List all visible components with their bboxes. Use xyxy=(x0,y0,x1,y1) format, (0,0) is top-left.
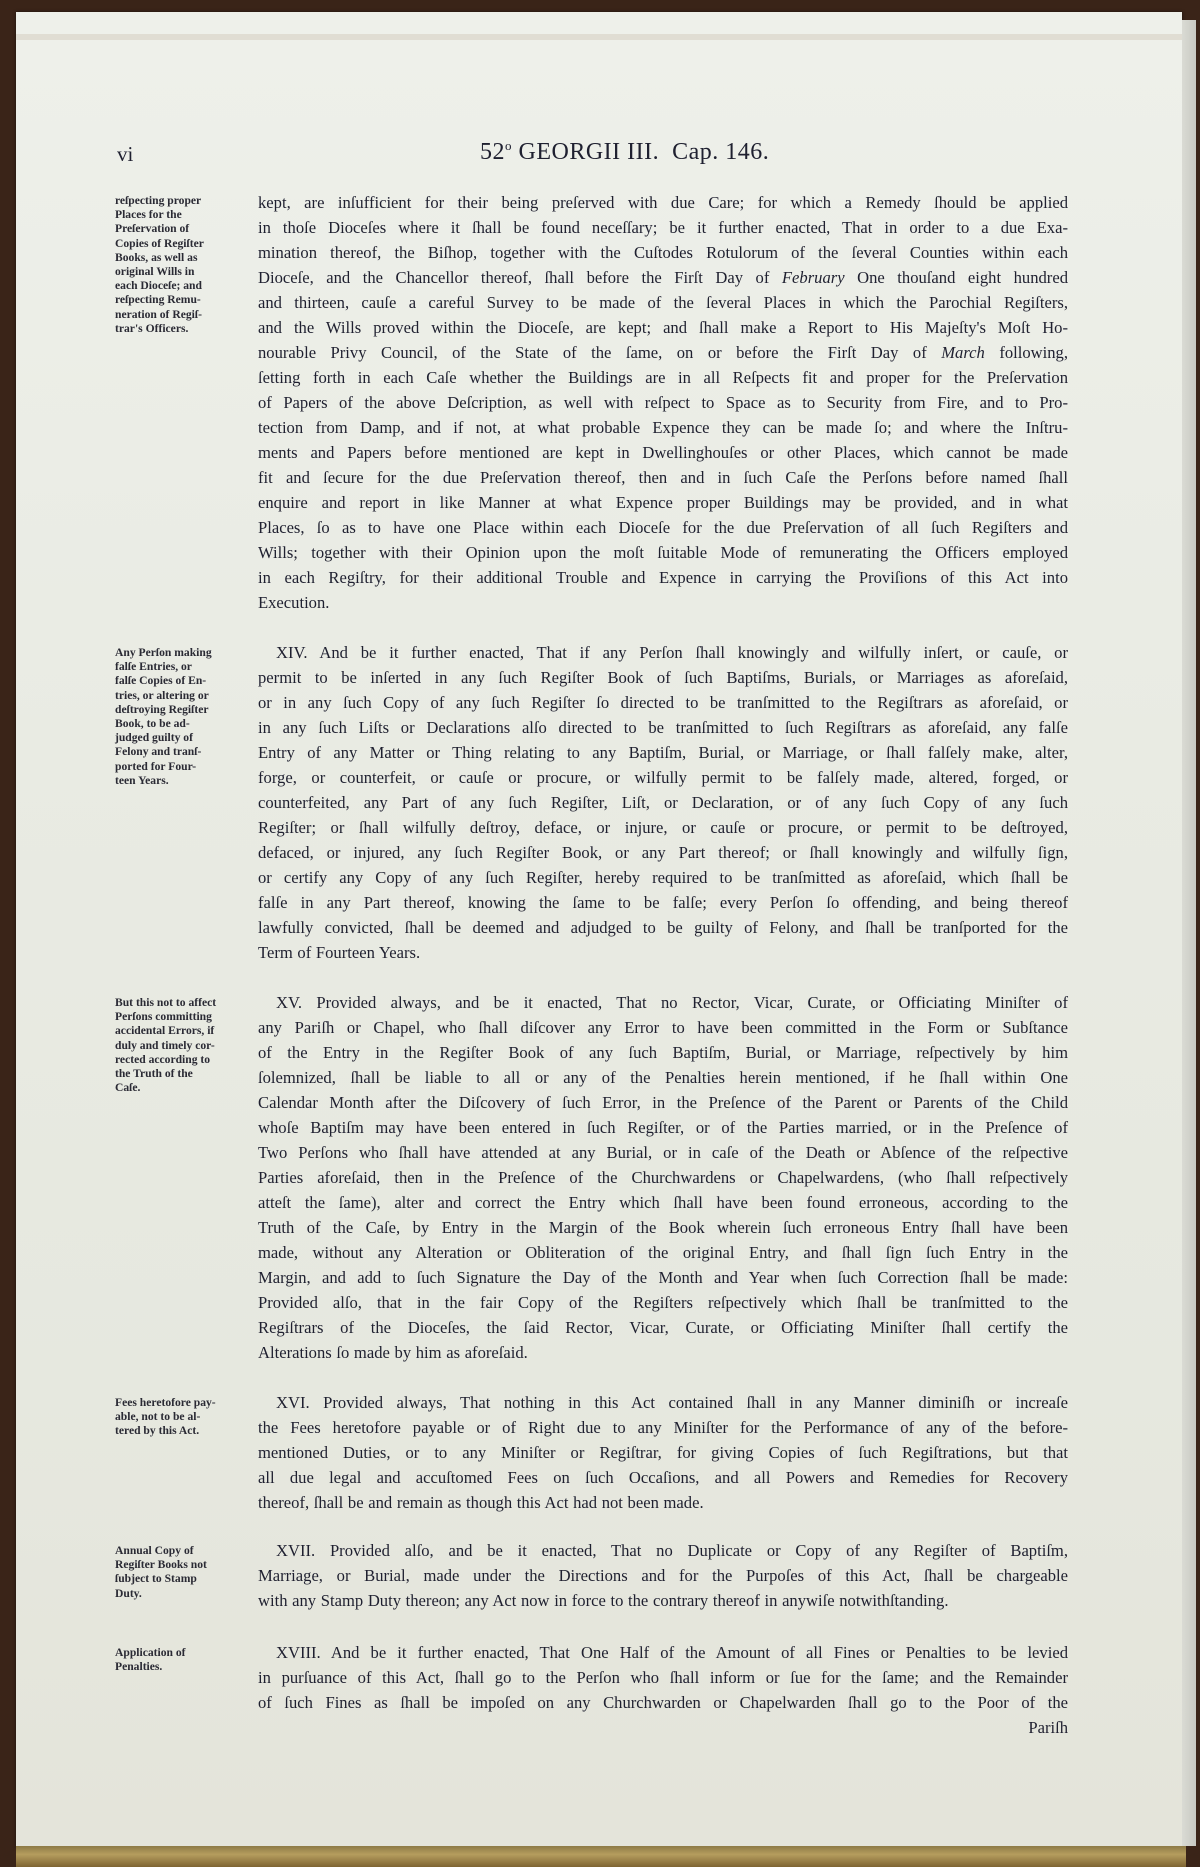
margin-note-line: each Dioceſe; and xyxy=(115,279,245,293)
act-title: GEORGII III. xyxy=(519,139,660,165)
text-line: Regiſter; or ſhall wilfully deſtroy, def… xyxy=(258,815,1068,840)
text-line: Two Perſons who ſhall have attended at a… xyxy=(258,1140,1068,1165)
text-line: enquire and report in like Manner at wha… xyxy=(258,490,1068,515)
text-line: Places, ſo as to have one Place within e… xyxy=(258,515,1068,540)
section-text: XVII. Provided alſo, and be it enacted, … xyxy=(258,1538,1068,1613)
margin-note-line: falſe Copies of En- xyxy=(115,674,245,688)
margin-note-line: Preſervation of xyxy=(115,222,245,236)
margin-note-line: the Truth of the xyxy=(115,1067,245,1081)
text-line: ſetting forth in each Caſe whether the B… xyxy=(258,365,1068,390)
text-line: Regiſtrars of the Dioceſes, the ſaid Rec… xyxy=(258,1315,1068,1340)
running-title: 52o GEORGII III. Cap. 146. xyxy=(480,138,769,166)
text-line: all due legal and accuſtomed Fees on ſuc… xyxy=(258,1465,1068,1490)
margin-note-line: Any Perſon making xyxy=(115,646,245,660)
text-line: Dioceſe, and the Chancellor thereof, ſha… xyxy=(258,265,1068,290)
sheet-edge-right xyxy=(1182,20,1196,1846)
text-line: in any ſuch Liſts or Declarations alſo d… xyxy=(258,715,1068,740)
margin-note: Any Perſon makingfalſe Entries, orfalſe … xyxy=(115,646,245,788)
margin-note-line: trar's Officers. xyxy=(115,322,245,336)
text-line: XIV. And be it further enacted, That if … xyxy=(258,640,1068,665)
text-line: mentioned Duties, or to any Miniſter or … xyxy=(258,1440,1068,1465)
margin-note-line: tered by this Act. xyxy=(115,1424,245,1438)
text-line: in purſuance of this Act, ſhall go to th… xyxy=(258,1665,1068,1690)
regnal-year: 52 xyxy=(480,139,505,165)
text-line: XV. Provided always, and be it enacted, … xyxy=(258,990,1068,1015)
text-line: XVIII. And be it further enacted, That O… xyxy=(258,1640,1068,1665)
text-line: of the Entry in the Regiſter Book of any… xyxy=(258,1040,1068,1065)
text-line: of Papers of the above Deſcription, as w… xyxy=(258,390,1068,415)
text-line: falſe in any Part thereof, knowing the ſ… xyxy=(258,890,1068,915)
margin-note: Annual Copy ofRegiſter Books notſubject … xyxy=(115,1544,245,1601)
running-header: vi 52o GEORGII III. Cap. 146. xyxy=(0,138,1200,172)
margin-note-line: reſpecting proper xyxy=(115,194,245,208)
text-line: Calendar Month after the Diſcovery of ſu… xyxy=(258,1090,1068,1115)
section-text: XV. Provided always, and be it enacted, … xyxy=(258,990,1068,1365)
text-line: permit to be inſerted in any ſuch Regiſt… xyxy=(258,665,1068,690)
text-line: Term of Fourteen Years. xyxy=(258,940,1068,965)
text-line: tection from Damp, and if not, at what p… xyxy=(258,415,1068,440)
text-line: lawfully convicted, ſhall be deemed and … xyxy=(258,915,1068,940)
margin-note: Fees heretofore pay-able, not to be al-t… xyxy=(115,1396,245,1439)
margin-note-line: Caſe. xyxy=(115,1081,245,1095)
margin-note-line: Application of xyxy=(115,1646,245,1660)
text-line: whoſe Baptiſm may have been entered in ſ… xyxy=(258,1115,1068,1140)
regnal-suffix: o xyxy=(505,138,512,153)
section-text: XVI. Provided always, That nothing in th… xyxy=(258,1390,1068,1515)
text-line: defaced, or injured, any ſuch Regiſter B… xyxy=(258,840,1068,865)
margin-note-line: Books, as well as xyxy=(115,251,245,265)
section-text: XIV. And be it further enacted, That if … xyxy=(258,640,1068,965)
text-line: ſolemnized, ſhall be liable to all or an… xyxy=(258,1065,1068,1090)
text-line: Alterations ſo made by him as aforeſaid. xyxy=(258,1340,1068,1365)
text-line: made, without any Alteration or Oblitera… xyxy=(258,1240,1068,1265)
text-line: and the Wills proved within the Dioceſe,… xyxy=(258,315,1068,340)
text-line: with any Stamp Duty thereon; any Act now… xyxy=(258,1588,1068,1613)
text-line: and thirteen, cauſe a careful Survey to … xyxy=(258,290,1068,315)
page-number: vi xyxy=(117,142,133,167)
text-line: mination thereof, the Biſhop, together w… xyxy=(258,240,1068,265)
text-line: Execution. xyxy=(258,590,1068,615)
text-line: XVII. Provided alſo, and be it enacted, … xyxy=(258,1538,1068,1563)
text-line: Entry of any Matter or Thing relating to… xyxy=(258,740,1068,765)
text-line: Truth of the Caſe, by Entry in the Margi… xyxy=(258,1215,1068,1240)
text-line: Wills; together with their Opinion upon … xyxy=(258,540,1068,565)
text-line: the Fees heretofore payable or of Right … xyxy=(258,1415,1068,1440)
text-line: in thoſe Dioceſes where it ſhall be foun… xyxy=(258,215,1068,240)
text-line: forge, or counterfeit, or cauſe or procu… xyxy=(258,765,1068,790)
text-line: Parties aforeſaid, then in the Preſence … xyxy=(258,1165,1068,1190)
text-line: thereof, ſhall be and remain as though t… xyxy=(258,1490,1068,1515)
margin-note-line: rected according to xyxy=(115,1053,245,1067)
margin-note-line: reſpecting Remu- xyxy=(115,293,245,307)
margin-note-line: able, not to be al- xyxy=(115,1410,245,1424)
margin-note-line: Penalties. xyxy=(115,1660,245,1674)
margin-note: reſpecting properPlaces for thePreſervat… xyxy=(115,194,245,336)
margin-note: But this not to affectPerſons committing… xyxy=(115,996,245,1095)
margin-note-line: Duty. xyxy=(115,1587,245,1601)
text-line: Marriage, or Burial, made under the Dire… xyxy=(258,1563,1068,1588)
margin-note-line: duly and timely cor- xyxy=(115,1039,245,1053)
margin-note-line: tries, or altering or xyxy=(115,689,245,703)
text-line: Margin, and add to ſuch Signature the Da… xyxy=(258,1265,1068,1290)
margin-note: Application ofPenalties. xyxy=(115,1646,245,1674)
section-text: kept, are inſufficient for their being p… xyxy=(258,190,1068,615)
text-line: fit and ſecure for the due Preſervation … xyxy=(258,465,1068,490)
margin-note-line: falſe Entries, or xyxy=(115,660,245,674)
margin-note-line: But this not to affect xyxy=(115,996,245,1010)
margin-note-line: Book, to be ad- xyxy=(115,717,245,731)
margin-note-line: Copies of Regiſter xyxy=(115,237,245,251)
margin-note-line: ported for Four- xyxy=(115,760,245,774)
margin-note-line: ſubject to Stamp xyxy=(115,1572,245,1586)
margin-note-line: teen Years. xyxy=(115,774,245,788)
text-line: counterfeited, any Part of any ſuch Regi… xyxy=(258,790,1068,815)
text-line: Provided alſo, that in the fair Copy of … xyxy=(258,1290,1068,1315)
text-line: of ſuch Fines as ſhall be impoſed on any… xyxy=(258,1690,1068,1715)
margin-note-line: Felony and tranſ- xyxy=(115,745,245,759)
text-line: or certify any Copy of any ſuch Regiſter… xyxy=(258,865,1068,890)
chapter-number: Cap. 146. xyxy=(672,139,769,165)
text-line: nourable Privy Council, of the State of … xyxy=(258,340,1068,365)
text-line: ments and Papers before mentioned are ke… xyxy=(258,440,1068,465)
margin-note-line: original Wills in xyxy=(115,265,245,279)
text-line: any Pariſh or Chapel, who ſhall diſcover… xyxy=(258,1015,1068,1040)
text-line: atteſt the ſame), alter and correct the … xyxy=(258,1190,1068,1215)
section-text: XVIII. And be it further enacted, That O… xyxy=(258,1640,1068,1740)
margin-note-line: judged guilty of xyxy=(115,731,245,745)
margin-note-line: Annual Copy of xyxy=(115,1544,245,1558)
text-line: kept, are inſufficient for their being p… xyxy=(258,190,1068,215)
text-line: or in any ſuch Copy of any ſuch Regiſter… xyxy=(258,690,1068,715)
margin-note-line: Fees heretofore pay- xyxy=(115,1396,245,1410)
sheet-edge-bottom xyxy=(16,1846,1186,1867)
margin-note-line: accidental Errors, if xyxy=(115,1024,245,1038)
text-line: in each Regiſtry, for their additional T… xyxy=(258,565,1068,590)
margin-note-line: neration of Regiſ- xyxy=(115,308,245,322)
text-line: XVI. Provided always, That nothing in th… xyxy=(258,1390,1068,1415)
margin-note-line: Places for the xyxy=(115,208,245,222)
catchword: Pariſh xyxy=(258,1715,1068,1740)
margin-note-line: Regiſter Books not xyxy=(115,1558,245,1572)
margin-note-line: deſtroying Regiſter xyxy=(115,703,245,717)
margin-note-line: Perſons committing xyxy=(115,1010,245,1024)
